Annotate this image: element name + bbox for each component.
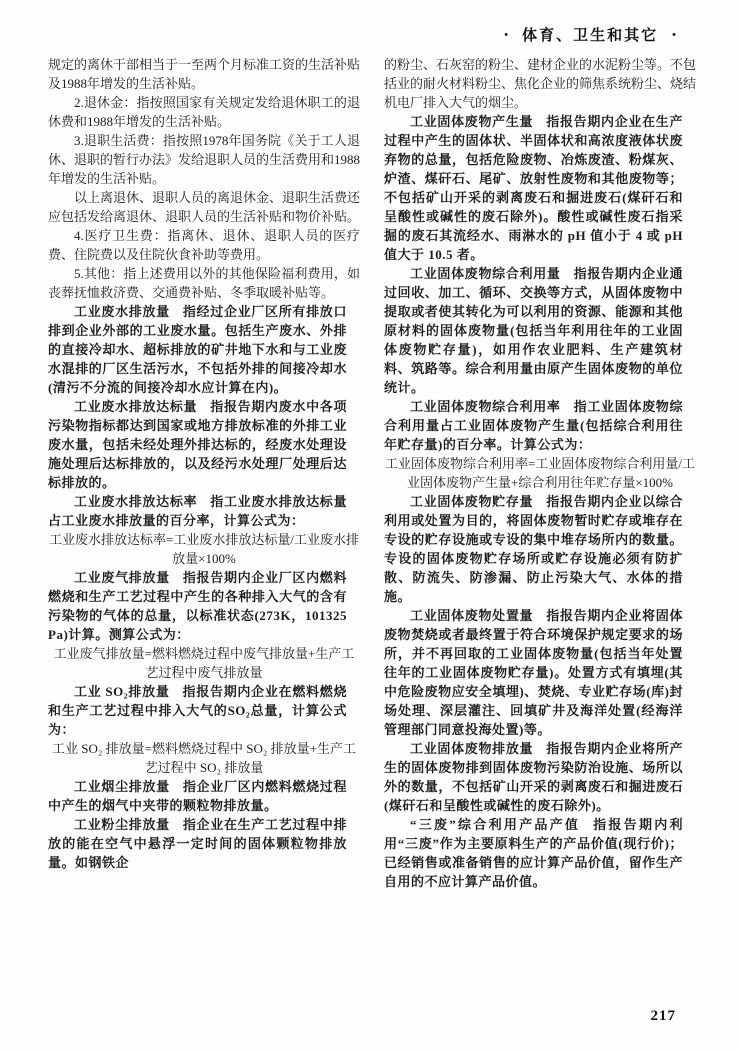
paragraph: “三废”综合利用产品产值指报告期内利用“三废”作为主要原料生产的产品价值(现行价… bbox=[384, 815, 683, 891]
paragraph: 工业固体废物综合利用率指工业固体废物综合利用量占工业固体废物产生量(包括综合利用… bbox=[384, 397, 683, 454]
term-heading: 工业固体废物贮存量 bbox=[410, 494, 533, 509]
term-heading: 工业废水排放达标率 bbox=[74, 494, 197, 509]
paragraph: 工业烟尘排放量指企业厂区内燃料燃烧过程中产生的烟气中夹带的颗粒物排放量。 bbox=[48, 777, 347, 815]
term-heading: 工业粉尘排放量 bbox=[74, 817, 170, 832]
header-dot-left: • bbox=[504, 29, 508, 41]
term-definition: 指报告期内企业将固体废物焚烧或者最终置于符合环境保护规定要求的场所，并不再回取的… bbox=[384, 608, 683, 737]
term-heading: 工业固体废物综合利用量 bbox=[410, 266, 561, 281]
formula-line: 工业废水排放达标率=工业废水排放达标量/工业废水排放量×100% bbox=[48, 530, 360, 568]
paragraph: 工业固体废物排放量指报告期内企业将所产生的固体废物排到固体废物污染防治设施、场所… bbox=[384, 739, 683, 815]
paragraph: 工业废气排放量指报告期内企业厂区内燃料燃烧和生产工艺过程中产生的各种排入大气的含… bbox=[48, 568, 347, 644]
term-heading: 工业废水排放量 bbox=[74, 304, 170, 319]
term-heading: 工业 SO₂排放量 bbox=[74, 684, 170, 699]
page-number: 217 bbox=[651, 1008, 677, 1025]
paragraph: 2.退休金：指按照国家有关规定发给退休职工的退休费和1988年增发的生活补贴。 bbox=[48, 93, 360, 131]
text-columns: 规定的离休干部相当于一至两个月标准工资的生活补贴及1988年增发的生活补贴。2.… bbox=[48, 55, 696, 891]
term-heading: 工业固体废物处置量 bbox=[410, 608, 533, 623]
paragraph: 工业固体废物贮存量指报告期内企业以综合利用或处置为目的，将固体废物暂时贮存或堆存… bbox=[384, 492, 683, 606]
term-heading: “三废”综合利用产品产值 bbox=[410, 817, 580, 832]
paragraph: 4.医疗卫生费：指离休、退休、退职人员的医疗费、住院费以及住院伙食补助等费用。 bbox=[48, 226, 360, 264]
formula-line: 工业固体废物综合利用率=工业固体废物综合利用量/工业固体废物产生量+综合利用往年… bbox=[384, 454, 696, 492]
paragraph: 工业 SO₂排放量指报告期内企业在燃料燃烧和生产工艺过程中排入大气的SO₂总量，… bbox=[48, 682, 347, 739]
paragraph: 的粉尘、石灰窑的粉尘、建材企业的水泥粉尘等。不包括业的耐火材料粉尘、焦化企业的筛… bbox=[384, 55, 696, 112]
term-definition: 指报告期内企业通过回收、加工、循环、交换等方式，从固体废物中提取或者使其转化为可… bbox=[384, 266, 683, 395]
term-heading: 工业固体废物综合利用率 bbox=[410, 399, 561, 414]
paragraph: 工业固体废物产生量指报告期内企业在生产过程中产生的固体状、半固体状和高浓度液体状… bbox=[384, 112, 683, 264]
column-right: 的粉尘、石灰窑的粉尘、建材企业的水泥粉尘等。不包括业的耐火材料粉尘、焦化企业的筛… bbox=[384, 55, 696, 891]
paragraph: 工业固体废物综合利用量指报告期内企业通过回收、加工、循环、交换等方式，从固体废物… bbox=[384, 264, 683, 397]
term-heading: 工业烟尘排放量 bbox=[74, 779, 170, 794]
paragraph: 5.其他：指上述费用以外的其他保险福利费用，如丧葬抚恤救济费、交通费补贴、冬季取… bbox=[48, 264, 360, 302]
column-left: 规定的离休干部相当于一至两个月标准工资的生活补贴及1988年增发的生活补贴。2.… bbox=[48, 55, 360, 891]
paragraph: 工业废水排放达标量指报告期内废水中各项污染物指标都达到国家或地方排放标准的外排工… bbox=[48, 397, 347, 492]
paragraph: 工业粉尘排放量指企业在生产工艺过程中排放的能在空气中悬浮一定时间的固体颗粒物排放… bbox=[48, 815, 347, 872]
paragraph: 以上离退休、退职人员的离退休金、退职生活费还应包括发给离退休、退职人员的生活补贴… bbox=[48, 188, 360, 226]
term-heading: 工业固体废物排放量 bbox=[410, 741, 533, 756]
formula-line: 工业 SO₂ 排放量=燃料燃烧过程中 SO₂ 排放量+生产工艺过程中 SO₂ 排… bbox=[48, 739, 360, 777]
term-definition: 指报告期内企业以综合利用或处置为目的，将固体废物暂时贮存或堆存在专设的贮存设施或… bbox=[384, 494, 683, 604]
section-title: 体育、卫生和其它 bbox=[522, 24, 658, 45]
term-heading: 工业废气排放量 bbox=[74, 570, 170, 585]
term-heading: 工业固体废物产生量 bbox=[410, 114, 533, 129]
document-page: • 体育、卫生和其它 • 规定的离休干部相当于一至两个月标准工资的生活补贴及19… bbox=[0, 0, 738, 1051]
paragraph: 工业废水排放达标率指工业废水排放达标量占工业废水排放量的百分率，计算公式为： bbox=[48, 492, 347, 530]
paragraph: 3.退职生活费：指按照1978年国务院《关于工人退休、退职的暂行办法》发给退职人… bbox=[48, 131, 360, 188]
term-definition: 指报告期内企业在生产过程中产生的固体状、半固体状和高浓度液体状废弃物的总量，包括… bbox=[384, 114, 683, 262]
term-heading: 工业废水排放达标量 bbox=[74, 399, 197, 414]
formula-line: 工业废气排放量=燃料燃烧过程中废气排放量+生产工艺过程中废气排放量 bbox=[48, 644, 360, 682]
paragraph: 工业废水排放量指经过企业厂区所有排放口排到企业外部的工业废水量。包括生产废水、外… bbox=[48, 302, 347, 397]
paragraph: 规定的离休干部相当于一至两个月标准工资的生活补贴及1988年增发的生活补贴。 bbox=[48, 55, 360, 93]
header-dot-right: • bbox=[672, 29, 676, 41]
paragraph: 工业固体废物处置量指报告期内企业将固体废物焚烧或者最终置于符合环境保护规定要求的… bbox=[384, 606, 683, 739]
running-header: • 体育、卫生和其它 • bbox=[504, 24, 676, 45]
